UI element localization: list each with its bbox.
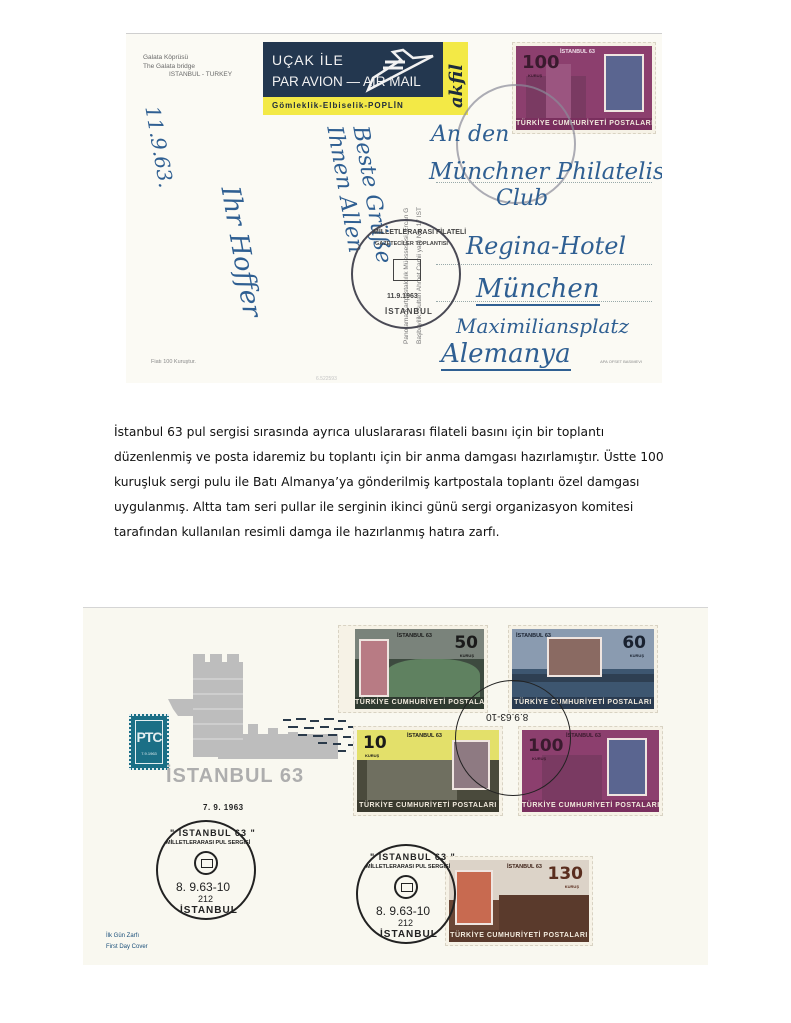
airmail-line3: Gömleklik-Elbiselik-POPLİN <box>272 101 404 110</box>
ptc-logo: PTC 7.9.1963 <box>129 714 169 770</box>
airmail-line1: UÇAK İLE <box>272 52 344 68</box>
stamp-title: İSTANBUL 63 <box>516 633 551 639</box>
first-day-cover-label: İlk Gün Zarfı First Day Cover <box>106 931 148 953</box>
address-hotel: Regina-Hotel <box>466 232 626 260</box>
stamp-unit: KURUŞ <box>365 753 379 758</box>
caption-line: The Galata bridge <box>143 63 232 72</box>
stamp-unit: KURUŞ <box>528 73 542 78</box>
cancel-number: 212 <box>398 918 413 928</box>
stamp-title: İSTANBUL 63 <box>566 733 601 739</box>
stamp-value: 10 <box>363 733 387 753</box>
fdc-label-en: First Day Cover <box>106 942 148 953</box>
stamp-in-stamp <box>607 738 647 796</box>
stamp-title: İSTANBUL 63 <box>397 633 432 639</box>
envelope-logo-icon <box>194 851 218 875</box>
cover-title: İSTANBUL 63 <box>166 765 304 788</box>
exhibition-cancel-right: " İSTANBUL 63 " MİLLETLERARASI PUL SERGİ… <box>356 844 456 944</box>
first-day-cover-image: PTC 7.9.1963 İSTANBUL 63 7. 9. 1963 50 K… <box>83 607 708 965</box>
cancel-top-text: " İSTANBUL 63 " <box>170 828 256 838</box>
stamp-unit: KURUŞ <box>630 653 644 658</box>
stamp-in-stamp <box>547 637 602 677</box>
stamp-in-stamp <box>455 870 493 925</box>
cancel-number: 212 <box>198 894 213 904</box>
stamp-value: 50 <box>454 633 478 653</box>
small-cancel-date: 8.9.63-10 <box>486 711 528 722</box>
postmark-city: İSTANBUL <box>385 307 433 316</box>
postcard-image: Galata Köprüsü The Galata bridge ISTANBU… <box>126 33 662 383</box>
stamp-unit: KURUŞ <box>460 653 474 658</box>
fdc-label-tr: İlk Gün Zarfı <box>106 931 148 942</box>
postcard-printer: APA OFSET BASIMEVI <box>600 359 642 364</box>
stamp-country: TÜRKİYE CUMHURİYETİ POSTALARI <box>522 800 659 812</box>
stamp-title: İSTANBUL 63 <box>507 864 542 870</box>
exhibition-cancel-left: " İSTANBUL 63 " MİLLETLERARASI PUL SERGİ… <box>156 820 256 920</box>
airmail-label: UÇAK İLE PAR AVION — AIR MAIL Gömleklik-… <box>263 42 468 115</box>
cancel-city: İSTANBUL <box>380 929 438 940</box>
cancel-middle-text: MİLLETLERARASI PUL SERGİSİ <box>366 864 450 870</box>
postmark-date: 11.9.1963 <box>387 293 418 300</box>
stamp-unit: KURUŞ <box>565 884 579 889</box>
small-cancel: 8.9.63-10 <box>455 680 571 796</box>
address-club-name: Münchner Philatelisten- <box>429 159 662 185</box>
stamp-title: İSTANBUL 63 <box>407 733 442 739</box>
caption-line: ISTANBUL - TURKEY <box>143 71 232 80</box>
address-club: Club <box>496 186 548 211</box>
stamp-title: İSTANBUL 63 <box>560 49 595 55</box>
postcard-serial: 6.522593 <box>316 376 337 382</box>
cancel-date: 8. 9.63-10 <box>176 880 230 894</box>
postmark-top-text: MİLLETLERARASI FİLATELİ <box>373 229 466 236</box>
address-line <box>436 264 652 265</box>
airmail-brand: akfil <box>446 64 467 108</box>
address-an-den: An den <box>431 122 509 147</box>
postmark-middle-text: GAZETECİLER TOPLANTISI <box>375 241 448 247</box>
address-street: Maximiliansplatz <box>456 314 629 338</box>
stamp-value: 130 <box>548 864 584 884</box>
stamp-value: 60 <box>622 633 646 653</box>
stamp-in-stamp <box>359 639 389 697</box>
ptc-letters: PTC <box>136 729 162 745</box>
cover-date: 7. 9. 1963 <box>203 803 244 812</box>
cancel-top-text: " İSTANBUL 63 " <box>370 852 456 862</box>
postcard-caption: Galata Köprüsü The Galata bridge ISTANBU… <box>143 54 232 80</box>
stamp-country: TÜRKİYE CUMHURİYETİ POSTALARI <box>357 800 499 812</box>
address-city: München <box>476 274 600 306</box>
stamp-value: 100 <box>522 52 560 73</box>
stamp-country: TÜRKİYE CUMHURİYETİ POSTALARI <box>449 930 589 942</box>
address-country: Alemanya <box>441 339 571 371</box>
ptc-date: 7.9.1963 <box>136 751 162 756</box>
airmail-line2: PAR AVION — AIR MAIL <box>272 74 421 89</box>
commemorative-postmark: MİLLETLERARASI FİLATELİ GAZETECİLER TOPL… <box>351 219 461 329</box>
stamp-130-kurus: 130 KURUŞ İSTANBUL 63 TÜRKİYE CUMHURİYET… <box>445 856 593 946</box>
envelope-logo-icon <box>394 875 418 899</box>
description-paragraph: İstanbul 63 pul sergisi sırasında ayrıca… <box>114 420 684 545</box>
stamp-50-kurus: 50 KURUŞ İSTANBUL 63 TÜRKİYE CUMHURİYETİ… <box>338 625 488 713</box>
handwritten-date: 11.9.63. <box>140 104 178 190</box>
stamp-in-stamp <box>604 54 644 112</box>
book-icon <box>393 259 421 281</box>
cancel-city: İSTANBUL <box>180 905 238 916</box>
cancel-middle-text: MİLLETLERARASI PUL SERGİSİ <box>166 840 250 846</box>
caption-line: Galata Köprüsü <box>143 54 232 63</box>
handwritten-signature: Ihr Hoffer <box>214 184 267 319</box>
cancel-date: 8. 9.63-10 <box>376 904 430 918</box>
postcard-price: Fiatı 100 Kuruştur. <box>151 359 196 365</box>
